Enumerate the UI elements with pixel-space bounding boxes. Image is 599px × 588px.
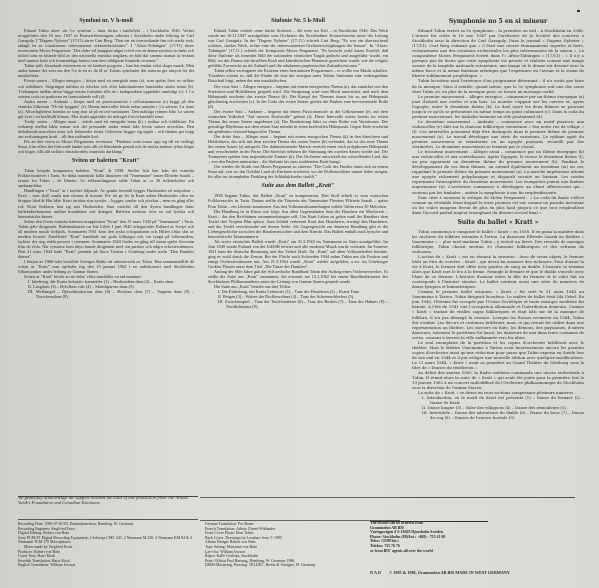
credit-line: Sony PCM-F1 Digital Recording Equipment,… — [18, 536, 198, 545]
french-paragraph: Eduard Tubin écrivit sa 5e symphonie – l… — [412, 28, 584, 78]
french-column: Symphonie no 5 en si mineur Eduard Tubin… — [412, 14, 584, 464]
german-symphony-title: Sinfonie Nr. 5 h-Moll — [208, 18, 388, 25]
swedish-paragraph: I början av 1960-talet beställde Sverige… — [18, 259, 194, 274]
german-paragraph: Anfang der 60er Jahre gab der Schwedisch… — [208, 269, 388, 284]
movement-item: III. Mellanspel – Djävulsbrukarnas dans … — [28, 289, 194, 299]
format-logos-icon: DAD — [370, 570, 382, 575]
swedish-paragraph: Tredje satsen – Allegro assai – inleds m… — [18, 119, 194, 139]
french-movement-list: I. Introduction, où le motif de Kratt es… — [422, 395, 584, 420]
german-paragraph: Eduard Tubin schrieb seine fünfte Sinfon… — [208, 28, 388, 68]
swedish-ballet-title: Sviten ur baletten "Kratt" — [18, 158, 194, 165]
swedish-paragraph: Handlingen i "Kratt" är i korthet följan… — [18, 188, 194, 218]
acknowledgement-text: We gratefully acknowledge the support to… — [18, 495, 194, 506]
swedish-column: Symfoni nr. V h-moll Eduard Tubin skrev … — [18, 14, 194, 466]
german-paragraph: Als erstes estnisches Ballett wurde „Kra… — [208, 239, 388, 269]
credit-line: DMM-Mastering, Pressing: TELDEC, Berlin … — [205, 563, 385, 568]
french-paragraph: Tubin commença à composer le ballet « Kr… — [412, 229, 584, 254]
french-paragraph: Au début des années 1960, la Radio suédo… — [412, 370, 584, 390]
french-ballet-title: Suite du ballet « Kratt » — [412, 219, 584, 226]
french-paragraph: Le troisième mouvement – Allegro assai –… — [412, 149, 584, 194]
german-paragraph: Tubin selbst verleugnete die Existenz ei… — [208, 68, 388, 83]
swedish-paragraph: Sedan den första estniska baletten urupp… — [18, 219, 194, 259]
german-paragraph: Die Handlung ist in Kürze wie folgt: Aus… — [208, 209, 388, 239]
french-paragraph: Tubin lui-même niait l'existence d'un pr… — [412, 78, 584, 93]
divider-rule — [18, 519, 198, 520]
german-ballet-title: Suite aus dem Ballett „Kratt" — [208, 183, 388, 190]
german-column: Sinfonie Nr. 5 h-Moll Eduard Tubin schri… — [208, 14, 388, 466]
movement-item: III. Zwischenspiel – Tanz der Teufelsanb… — [218, 299, 388, 309]
french-paragraph: Pour citer à nouveau la critique de Moïs… — [412, 195, 584, 215]
movement-item: I. Introduction, où le motif de Kratt es… — [422, 395, 584, 405]
movement-item: III. Intermède – Danse des adorateurs du… — [422, 410, 584, 420]
order-info: The record can be ordered from Grammofon… — [370, 521, 490, 553]
german-movement-list: I. Die Einleitung, mit Kratts Leitmotiv … — [218, 289, 388, 309]
swedish-paragraph: Tubin började komponera baletten "Kratt"… — [18, 168, 194, 188]
swedish-movement-list: I. Inledning, där Kratts ledmotiv framtr… — [28, 279, 194, 299]
order-line: or from BIS' agents all over the world — [370, 549, 490, 554]
swedish-symphony-title: Symfoni nr. V h-moll — [18, 18, 194, 25]
swedish-paragraph: För att åter citera ur Moses Pergaments … — [18, 139, 194, 154]
copyright-footer: DAD © 1985 & 1986, Grammofon AB BIS MADE… — [370, 570, 510, 575]
recording-credits: Recording Data: 1985-07-01/03, Dominikan… — [18, 522, 198, 568]
swedish-paragraph: Första satsen – Allegro energico – börja… — [18, 78, 194, 98]
copyright-text: © 1985 & 1986, Grammofon AB BIS MADE IN … — [389, 570, 510, 575]
scan-speck — [577, 10, 580, 12]
swedish-paragraph: Eduard Tubin skrev sin 5:e symfoni – han… — [18, 28, 194, 63]
divider-rule — [400, 497, 575, 498]
french-paragraph: L'action de « Kratt » est en résumé la s… — [412, 254, 584, 289]
french-symphony-title: Symphonie no 5 en si mineur — [412, 18, 584, 25]
german-paragraph: Der zweite Satz – Andante – beginnt mit … — [208, 109, 388, 134]
german-paragraph: Der dritte Satz – Allegro assai – beginn… — [208, 134, 388, 164]
swedish-paragraph: Tubin själv förnekade existensen av ett … — [18, 63, 194, 78]
liner-notes-page: Symfoni nr. V h-moll Eduard Tubin skrev … — [0, 0, 599, 588]
credit-line: English Translation: William Jewson — [18, 563, 198, 568]
swedish-paragraph: Andra satsen – Andante – börjar med ett … — [18, 99, 194, 119]
french-paragraph: Le seul exemplaire de la partition et le… — [412, 340, 584, 370]
french-paragraph: Le premier mouvement – Allegro energico … — [412, 94, 584, 119]
french-paragraph: Le deuxième mouvement – Andante – commen… — [412, 119, 584, 149]
production-credits: German Translation: Per Skans French Tra… — [205, 522, 385, 568]
german-paragraph: 1938 begann Tubin, das Ballett „Kratt" z… — [208, 193, 388, 208]
divider-rule — [200, 497, 400, 498]
german-paragraph: Um wieder die Kritik von Moses Pergament… — [208, 164, 388, 179]
german-paragraph: Der erste Satz – Allegro energico – begi… — [208, 84, 388, 109]
french-paragraph: Comme le premier ballet estonien, « Krat… — [412, 289, 584, 339]
